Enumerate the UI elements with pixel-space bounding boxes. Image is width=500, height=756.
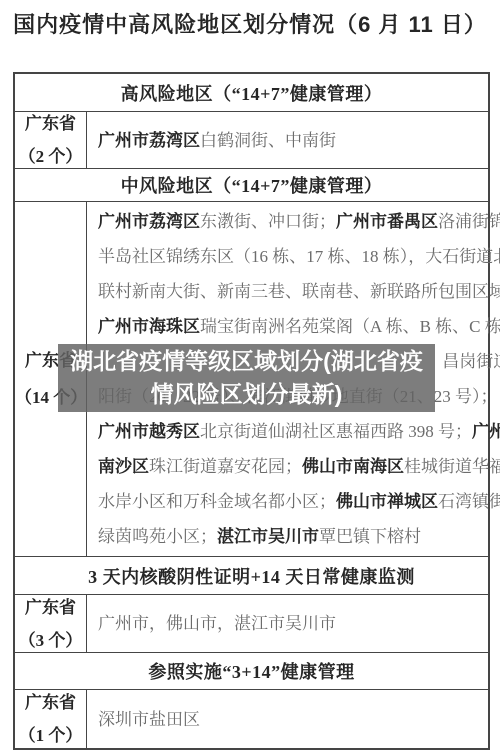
province-name: 广东省	[25, 107, 76, 140]
area-text-line: 半岛社区锦绣东区（16 栋、17 栋、18 栋），大石街道北	[98, 239, 500, 274]
district-name-bold: 广州市	[472, 422, 500, 441]
area-text-line: 广州市，佛山市，湛江市吴川市	[98, 606, 480, 641]
area-text-line: 广州市荔湾区白鹤洞街、中南街	[98, 123, 480, 158]
street-detail-text: 半岛社区锦绣东区（16 栋、17 栋、18 栋），大石街道北	[98, 247, 500, 266]
area-list-cell: 广州市，佛山市，湛江市吴川市	[87, 595, 488, 652]
province-cell: 广东省（3 个）	[15, 595, 87, 652]
district-name-bold: 广州市越秀区	[98, 422, 200, 441]
district-name-bold: 佛山市南海区	[302, 457, 404, 476]
street-detail-text: 水岸小区和万科金域名都小区；	[98, 492, 336, 511]
street-detail-text: 深圳市盐田区	[98, 710, 200, 729]
street-detail-text: 石湾镇街道	[438, 492, 500, 511]
section-header-text: 参照实施“3+14”健康管理	[148, 658, 354, 684]
section-header: 参照实施“3+14”健康管理	[15, 653, 488, 690]
province-count: （1 个）	[19, 719, 83, 752]
district-name-bold: 湛江市吴川市	[217, 527, 319, 546]
area-list-cell: 广州市荔湾区白鹤洞街、中南街	[87, 112, 488, 168]
section-header: 高风险地区（“14+7”健康管理）	[15, 74, 488, 112]
table-row: 广东省（2 个）广州市荔湾区白鹤洞街、中南街	[15, 112, 488, 169]
street-detail-text: 绿茵鸣苑小区；	[98, 527, 217, 546]
province-cell: 广东省（2 个）	[15, 112, 87, 168]
province-name: 广东省	[25, 591, 76, 624]
section-header-text: 3 天内核酸阴性证明+14 天日常健康监测	[88, 563, 415, 589]
watermark-overlay: 湖北省疫情等级区域划分(湖北省疫 情风险区划分最新)	[58, 344, 435, 412]
watermark-line-2: 情风险区划分最新)	[58, 378, 435, 411]
area-text-line: 南沙区珠江街道嘉安花园；佛山市南海区桂城街道华福御	[98, 449, 500, 484]
section-header: 中风险地区（“14+7”健康管理）	[15, 169, 488, 202]
table-row: 广东省（1 个）深圳市盐田区	[15, 690, 488, 748]
street-detail-text: 珠江街道嘉安花园；	[149, 457, 302, 476]
street-detail-text: 白鹤洞街、中南街	[200, 131, 336, 150]
watermark-line-1: 湖北省疫情等级区域划分(湖北省疫	[58, 345, 435, 378]
street-detail-text: 东漖街、冲口街；	[200, 212, 336, 231]
district-name-bold: 广州市海珠区	[98, 317, 200, 336]
area-list-cell: 深圳市盐田区	[87, 690, 488, 748]
district-name-bold: 佛山市禅城区	[336, 492, 438, 511]
street-detail-text: 联村新南大街、新南三巷、联南巷、新联路所包围区域；	[98, 282, 500, 301]
area-text-line: 深圳市盐田区	[98, 702, 480, 737]
street-detail-text: 洛浦街锦绣	[438, 212, 500, 231]
province-cell: 广东省（1 个）	[15, 690, 87, 748]
page-title: 国内疫情中高风险地区划分情况（6 月 11 日）	[0, 8, 500, 39]
table-row: 广东省（3 个）广州市，佛山市，湛江市吴川市	[15, 595, 488, 653]
district-name-bold: 广州市荔湾区	[98, 212, 200, 231]
province-count: （2 个）	[19, 140, 83, 173]
area-text-line: 联村新南大街、新南三巷、联南巷、新联路所包围区域；	[98, 274, 500, 309]
street-detail-text: 桂城街道华福御	[404, 457, 500, 476]
province-count: （3 个）	[19, 624, 83, 657]
street-detail-text: 广州市，佛山市，湛江市吴川市	[98, 614, 336, 633]
province-name: 广东省	[25, 686, 76, 719]
street-detail-text: 北京街道仙湖社区惠福西路 398 号；	[200, 422, 472, 441]
section-header-text: 中风险地区（“14+7”健康管理）	[121, 172, 383, 198]
district-name-bold: 广州市荔湾区	[98, 131, 200, 150]
district-name-bold: 广州市番禺区	[336, 212, 438, 231]
area-text-line: 广州市海珠区瑞宝街南洲名苑棠阁（A 栋、B 栋、C 栋）、	[98, 309, 500, 344]
section-header-text: 高风险地区（“14+7”健康管理）	[121, 80, 383, 106]
street-detail-text: 昌岗街道晓	[442, 352, 500, 371]
section-header: 3 天内核酸阴性证明+14 天日常健康监测	[15, 557, 488, 595]
area-text-line: 水岸小区和万科金域名都小区；佛山市禅城区石湾镇街道	[98, 484, 500, 519]
area-text-line: 广州市越秀区北京街道仙湖社区惠福西路 398 号；广州市	[98, 414, 500, 449]
street-detail-text: 覃巴镇下榕村	[319, 527, 421, 546]
district-name-bold: 南沙区	[98, 457, 149, 476]
area-text-line: 绿茵鸣苑小区；湛江市吴川市覃巴镇下榕村	[98, 519, 500, 554]
street-detail-text: 瑞宝街南洲名苑棠阁（A 栋、B 栋、C 栋）、	[200, 317, 500, 336]
area-text-line: 广州市荔湾区东漖街、冲口街；广州市番禺区洛浦街锦绣	[98, 204, 500, 239]
